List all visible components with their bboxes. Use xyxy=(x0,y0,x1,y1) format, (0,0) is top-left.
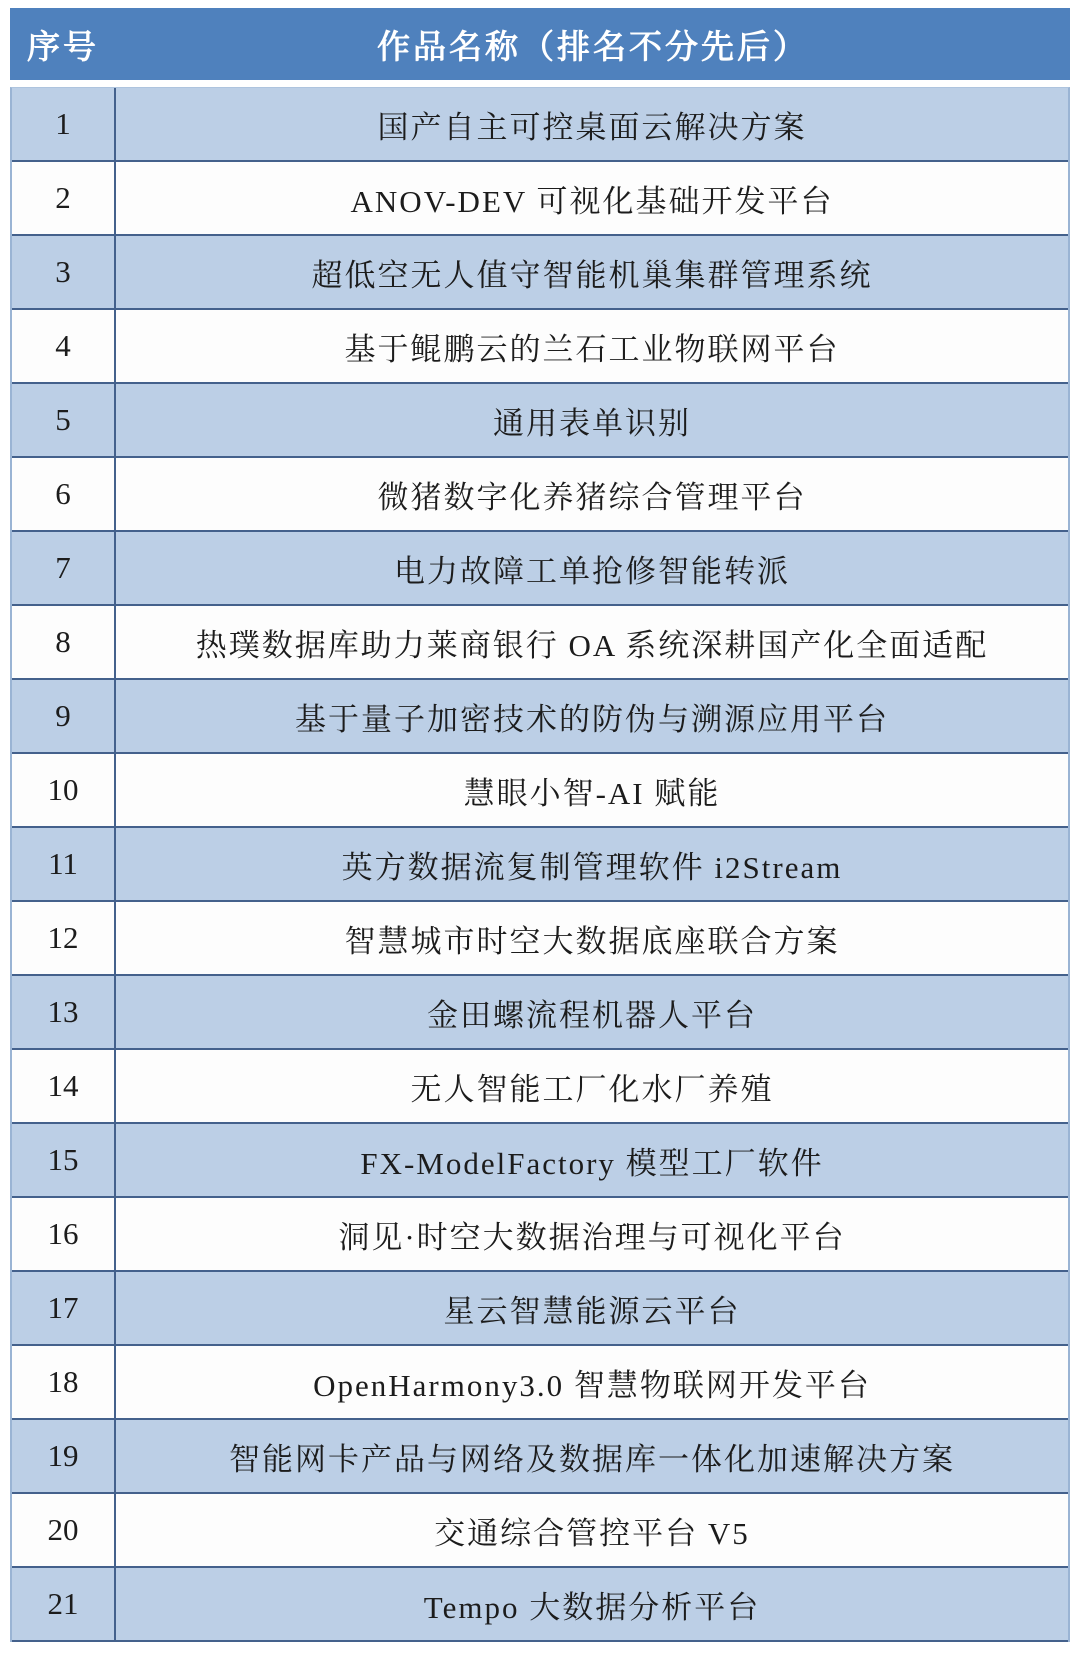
row-index-cell: 10 xyxy=(12,754,116,826)
row-index-cell: 3 xyxy=(12,236,116,308)
table-row: 17星云智慧能源云平台 xyxy=(12,1272,1068,1346)
row-name-cell: 星云智慧能源云平台 xyxy=(116,1272,1068,1344)
row-index-cell: 17 xyxy=(12,1272,116,1344)
row-name-cell: ANOV-DEV 可视化基础开发平台 xyxy=(116,162,1068,234)
row-name-cell: 基于鲲鹏云的兰石工业物联网平台 xyxy=(116,310,1068,382)
row-index-cell: 5 xyxy=(12,384,116,456)
row-name-cell: Tempo 大数据分析平台 xyxy=(116,1568,1068,1640)
row-index-cell: 4 xyxy=(12,310,116,382)
page: 序号 作品名称（排名不分先后） 1国产自主可控桌面云解决方案2ANOV-DEV … xyxy=(0,0,1080,1672)
row-index-cell: 15 xyxy=(12,1124,116,1196)
row-name-cell: 金田螺流程机器人平台 xyxy=(116,976,1068,1048)
row-index-cell: 7 xyxy=(12,532,116,604)
table-row: 9基于量子加密技术的防伪与溯源应用平台 xyxy=(12,680,1068,754)
table-row: 19智能网卡产品与网络及数据库一体化加速解决方案 xyxy=(12,1420,1068,1494)
row-name-cell: 无人智能工厂化水厂养殖 xyxy=(116,1050,1068,1122)
row-index-cell: 16 xyxy=(12,1198,116,1270)
row-index-cell: 12 xyxy=(12,902,116,974)
works-table: 序号 作品名称（排名不分先后） 1国产自主可控桌面云解决方案2ANOV-DEV … xyxy=(10,8,1070,1642)
row-name-cell: 国产自主可控桌面云解决方案 xyxy=(116,88,1068,160)
table-row: 10慧眼小智-AI 赋能 xyxy=(12,754,1068,828)
row-name-cell: 热璞数据库助力莱商银行 OA 系统深耕国产化全面适配 xyxy=(116,606,1068,678)
row-index-cell: 14 xyxy=(12,1050,116,1122)
row-index-cell: 21 xyxy=(12,1568,116,1640)
table-row: 20交通综合管控平台 V5 xyxy=(12,1494,1068,1568)
row-name-cell: 基于量子加密技术的防伪与溯源应用平台 xyxy=(116,680,1068,752)
table-row: 1国产自主可控桌面云解决方案 xyxy=(12,88,1068,162)
header-gap xyxy=(10,80,1070,87)
row-name-cell: FX-ModelFactory 模型工厂软件 xyxy=(116,1124,1068,1196)
table-row: 3超低空无人值守智能机巢集群管理系统 xyxy=(12,236,1068,310)
table-row: 2ANOV-DEV 可视化基础开发平台 xyxy=(12,162,1068,236)
row-name-cell: 微猪数字化养猪综合管理平台 xyxy=(116,458,1068,530)
table-row: 18OpenHarmony3.0 智慧物联网开发平台 xyxy=(12,1346,1068,1420)
table-row: 16洞见·时空大数据治理与可视化平台 xyxy=(12,1198,1068,1272)
row-name-cell: 智能网卡产品与网络及数据库一体化加速解决方案 xyxy=(116,1420,1068,1492)
row-index-cell: 18 xyxy=(12,1346,116,1418)
row-name-cell: 洞见·时空大数据治理与可视化平台 xyxy=(116,1198,1068,1270)
header-cell-index: 序号 xyxy=(10,8,116,80)
header-cell-title: 作品名称（排名不分先后） xyxy=(116,8,1070,80)
row-name-cell: 电力故障工单抢修智能转派 xyxy=(116,532,1068,604)
table-row: 13金田螺流程机器人平台 xyxy=(12,976,1068,1050)
table-row: 8热璞数据库助力莱商银行 OA 系统深耕国产化全面适配 xyxy=(12,606,1068,680)
table-row: 15FX-ModelFactory 模型工厂软件 xyxy=(12,1124,1068,1198)
table-row: 6微猪数字化养猪综合管理平台 xyxy=(12,458,1068,532)
row-index-cell: 11 xyxy=(12,828,116,900)
table-row: 4基于鲲鹏云的兰石工业物联网平台 xyxy=(12,310,1068,384)
row-name-cell: 英方数据流复制管理软件 i2Stream xyxy=(116,828,1068,900)
row-name-cell: 慧眼小智-AI 赋能 xyxy=(116,754,1068,826)
row-name-cell: 通用表单识别 xyxy=(116,384,1068,456)
row-index-cell: 1 xyxy=(12,88,116,160)
row-index-cell: 6 xyxy=(12,458,116,530)
table-row: 12智慧城市时空大数据底座联合方案 xyxy=(12,902,1068,976)
row-name-cell: 超低空无人值守智能机巢集群管理系统 xyxy=(116,236,1068,308)
table-header-row: 序号 作品名称（排名不分先后） xyxy=(10,8,1070,80)
row-name-cell: 智慧城市时空大数据底座联合方案 xyxy=(116,902,1068,974)
row-index-cell: 8 xyxy=(12,606,116,678)
row-index-cell: 2 xyxy=(12,162,116,234)
row-name-cell: OpenHarmony3.0 智慧物联网开发平台 xyxy=(116,1346,1068,1418)
row-name-cell: 交通综合管控平台 V5 xyxy=(116,1494,1068,1566)
row-index-cell: 9 xyxy=(12,680,116,752)
row-index-cell: 13 xyxy=(12,976,116,1048)
table-row: 11英方数据流复制管理软件 i2Stream xyxy=(12,828,1068,902)
table-row: 21Tempo 大数据分析平台 xyxy=(12,1568,1068,1642)
row-index-cell: 19 xyxy=(12,1420,116,1492)
table-row: 7电力故障工单抢修智能转派 xyxy=(12,532,1068,606)
table-row: 5通用表单识别 xyxy=(12,384,1068,458)
row-index-cell: 20 xyxy=(12,1494,116,1566)
table-row: 14无人智能工厂化水厂养殖 xyxy=(12,1050,1068,1124)
table-body: 1国产自主可控桌面云解决方案2ANOV-DEV 可视化基础开发平台3超低空无人值… xyxy=(10,87,1070,1642)
